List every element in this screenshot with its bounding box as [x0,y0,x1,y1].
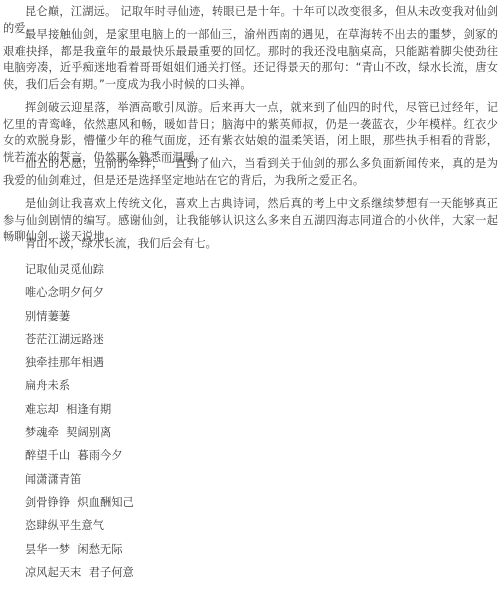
poem-line: 昙华一梦 闲愁无际 [25,542,134,565]
paragraph-farewell: 青山不改，绿水长流，我们后会有七。 [3,236,498,253]
poem-line: 恣肆纵平生意气 [25,518,134,541]
poem-line: 扁舟未系 [25,378,134,401]
paragraph-xian3-memories: 最早接触仙剑，是家里电脑上的一部仙三，渝州西南的遇见，在草海转不出去的噩梦，剑冢… [3,27,498,93]
poem-line: 独牵挂那年相遇 [25,355,134,378]
poem-line: 难忘却 相逢有期 [25,402,134,425]
poem-line: 苍茫江湖远路迷 [25,332,134,355]
poem-line: 闻潇潇青笛 [25,472,134,495]
poem-line: 梦魂牵 契阔别离 [25,425,134,448]
poem-line: 醉望千山 暮雨今夕 [25,448,134,471]
poem-list: 记取仙灵觅仙踪 唯心念明夕何夕 别情萋萋 苍茫江湖远路迷 独牵挂那年相遇 扁舟未… [25,262,134,588]
poem-line: 唯心念明夕何夕 [25,285,134,308]
poem-line: 别情萋萋 [25,309,134,332]
poem-line: 记取仙灵觅仙踪 [25,262,134,285]
poem-line: 剑骨铮铮 炽血酬知己 [25,495,134,518]
paragraph-xian5-xian6: 仙五的心愿，五前的牵绊，一直到了仙六，当看到关于仙剑的那么多负面新闻传来，真的是… [3,156,498,189]
poem-line: 凉风起天末 君子何意 [25,565,134,588]
